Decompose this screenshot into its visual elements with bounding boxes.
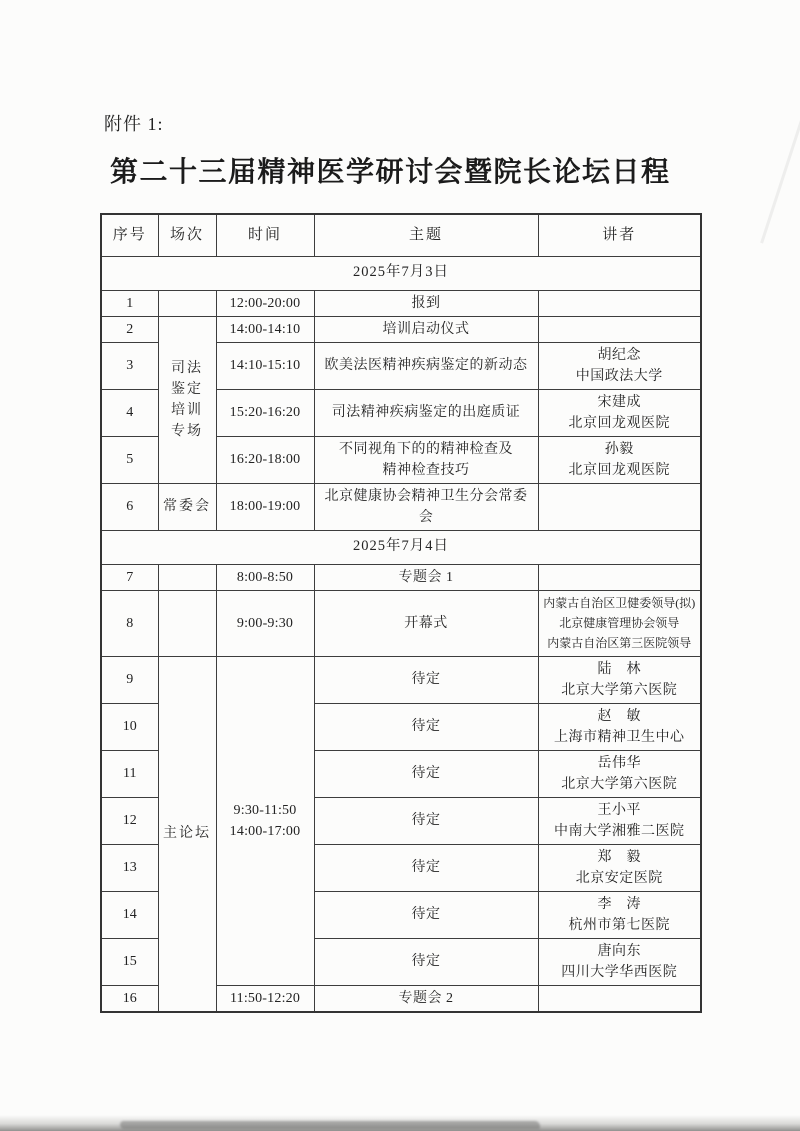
column-header: 场次 bbox=[158, 214, 216, 256]
topic-cell: 待定 bbox=[314, 844, 538, 891]
seq-cell: 13 bbox=[101, 844, 158, 891]
seq-cell: 12 bbox=[101, 797, 158, 844]
page-title: 第二十三届精神医学研讨会暨院长论坛日程 bbox=[110, 150, 710, 190]
seq-cell: 5 bbox=[101, 436, 158, 483]
schedule-table: 序号场次时间主题讲者 2025年7月3日112:00-20:00报到2司法 鉴定… bbox=[100, 213, 702, 1013]
date-cell: 2025年7月4日 bbox=[101, 530, 701, 564]
topic-cell: 待定 bbox=[314, 656, 538, 703]
time-cell: 14:00-14:10 bbox=[216, 316, 314, 342]
topic-cell: 报到 bbox=[314, 290, 538, 316]
seq-cell: 2 bbox=[101, 316, 158, 342]
time-cell: 14:10-15:10 bbox=[216, 342, 314, 389]
speaker-cell: 陆 林 北京大学第六医院 bbox=[538, 656, 701, 703]
topic-cell: 欧美法医精神疾病鉴定的新动态 bbox=[314, 342, 538, 389]
speaker-cell: 孙毅 北京回龙观医院 bbox=[538, 436, 701, 483]
scan-edge-blotch bbox=[120, 1121, 540, 1129]
speaker-cell bbox=[538, 985, 701, 1012]
column-header: 时间 bbox=[216, 214, 314, 256]
seq-cell: 15 bbox=[101, 938, 158, 985]
speaker-cell: 郑 毅 北京安定医院 bbox=[538, 844, 701, 891]
column-header: 主题 bbox=[314, 214, 538, 256]
topic-cell: 开幕式 bbox=[314, 590, 538, 656]
speaker-cell: 岳伟华 北京大学第六医院 bbox=[538, 750, 701, 797]
speaker-cell bbox=[538, 483, 701, 530]
speaker-cell: 王小平 中南大学湘雅二医院 bbox=[538, 797, 701, 844]
time-cell: 11:50-12:20 bbox=[216, 985, 314, 1012]
seq-cell: 14 bbox=[101, 891, 158, 938]
seq-cell: 10 bbox=[101, 703, 158, 750]
time-cell: 9:00-9:30 bbox=[216, 590, 314, 656]
time-cell: 15:20-16:20 bbox=[216, 389, 314, 436]
seq-cell: 6 bbox=[101, 483, 158, 530]
schedule-row: 2司法 鉴定 培训 专场14:00-14:10培训启动仪式 bbox=[101, 316, 701, 342]
seq-cell: 3 bbox=[101, 342, 158, 389]
topic-cell: 专题会 2 bbox=[314, 985, 538, 1012]
speaker-cell: 内蒙古自治区卫健委领导(拟) 北京健康管理协会领导 内蒙古自治区第三医院领导 bbox=[538, 590, 701, 656]
schedule-row: 9主论坛9:30-11:50 14:00-17:00待定陆 林 北京大学第六医院 bbox=[101, 656, 701, 703]
topic-cell: 待定 bbox=[314, 938, 538, 985]
time-cell: 18:00-19:00 bbox=[216, 483, 314, 530]
column-header: 讲者 bbox=[538, 214, 701, 256]
scan-smudge bbox=[760, 52, 800, 243]
speaker-cell: 赵 敏 上海市精神卫生中心 bbox=[538, 703, 701, 750]
attachment-label: 附件 1: bbox=[104, 110, 164, 136]
schedule-row: 112:00-20:00报到 bbox=[101, 290, 701, 316]
speaker-cell: 宋建成 北京回龙观医院 bbox=[538, 389, 701, 436]
time-cell: 12:00-20:00 bbox=[216, 290, 314, 316]
document-page: 附件 1: 第二十三届精神医学研讨会暨院长论坛日程 序号场次时间主题讲者 202… bbox=[0, 0, 800, 1131]
topic-cell: 待定 bbox=[314, 797, 538, 844]
speaker-cell bbox=[538, 316, 701, 342]
date-cell: 2025年7月3日 bbox=[101, 256, 701, 290]
seq-cell: 7 bbox=[101, 564, 158, 590]
time-cell: 8:00-8:50 bbox=[216, 564, 314, 590]
topic-cell: 专题会 1 bbox=[314, 564, 538, 590]
speaker-cell bbox=[538, 564, 701, 590]
column-header: 序号 bbox=[101, 214, 158, 256]
seq-cell: 8 bbox=[101, 590, 158, 656]
schedule-row: 6常委会18:00-19:00北京健康协会精神卫生分会常委会 bbox=[101, 483, 701, 530]
seq-cell: 4 bbox=[101, 389, 158, 436]
topic-cell: 待定 bbox=[314, 750, 538, 797]
schedule-row: 89:00-9:30开幕式内蒙古自治区卫健委领导(拟) 北京健康管理协会领导 内… bbox=[101, 590, 701, 656]
session-cell bbox=[158, 564, 216, 590]
session-cell: 主论坛 bbox=[158, 656, 216, 1012]
table-header: 序号场次时间主题讲者 bbox=[101, 214, 701, 256]
session-cell bbox=[158, 590, 216, 656]
session-cell: 司法 鉴定 培训 专场 bbox=[158, 316, 216, 483]
seq-cell: 11 bbox=[101, 750, 158, 797]
table-body: 2025年7月3日112:00-20:00报到2司法 鉴定 培训 专场14:00… bbox=[101, 256, 701, 1012]
topic-cell: 北京健康协会精神卫生分会常委会 bbox=[314, 483, 538, 530]
speaker-cell: 胡纪念 中国政法大学 bbox=[538, 342, 701, 389]
scan-edge-artifact bbox=[0, 1115, 800, 1131]
topic-cell: 司法精神疾病鉴定的出庭质证 bbox=[314, 389, 538, 436]
session-cell: 常委会 bbox=[158, 483, 216, 530]
topic-cell: 不同视角下的的精神检查及 精神检查技巧 bbox=[314, 436, 538, 483]
session-cell bbox=[158, 290, 216, 316]
seq-cell: 16 bbox=[101, 985, 158, 1012]
topic-cell: 待定 bbox=[314, 891, 538, 938]
header-row: 序号场次时间主题讲者 bbox=[101, 214, 701, 256]
speaker-cell: 唐向东 四川大学华西医院 bbox=[538, 938, 701, 985]
seq-cell: 9 bbox=[101, 656, 158, 703]
speaker-cell bbox=[538, 290, 701, 316]
schedule-row: 78:00-8:50专题会 1 bbox=[101, 564, 701, 590]
date-row: 2025年7月3日 bbox=[101, 256, 701, 290]
topic-cell: 培训启动仪式 bbox=[314, 316, 538, 342]
time-cell: 9:30-11:50 14:00-17:00 bbox=[216, 656, 314, 985]
date-row: 2025年7月4日 bbox=[101, 530, 701, 564]
topic-cell: 待定 bbox=[314, 703, 538, 750]
seq-cell: 1 bbox=[101, 290, 158, 316]
time-cell: 16:20-18:00 bbox=[216, 436, 314, 483]
speaker-cell: 李 涛 杭州市第七医院 bbox=[538, 891, 701, 938]
